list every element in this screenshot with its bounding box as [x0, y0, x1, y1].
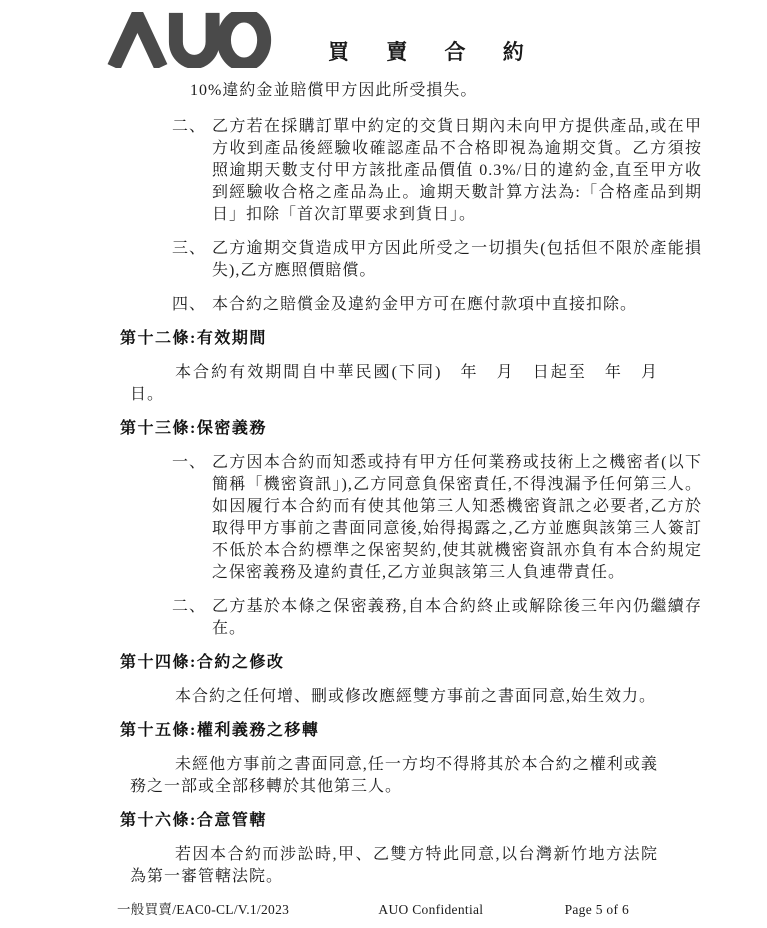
footer-confidential-label: AUO Confidential — [370, 902, 483, 918]
section-paragraph: 未經他方事前之書面同意,任一方均不得將其於本合約之權利或義務之一部或全部移轉於其… — [130, 754, 658, 798]
section-heading-article-13: 第十三條:保密義務 — [120, 418, 702, 440]
clause-text: 乙方若在採購訂單中約定的交貨日期內未向甲方提供產品,或在甲方收到產品後經驗收確認… — [212, 116, 702, 226]
clause-text: 本合約之賠償金及違約金甲方可在應付款項中直接扣除。 — [212, 294, 702, 316]
paragraph-continuation: 10%違約金並賠償甲方因此所受損失。 — [190, 80, 702, 102]
auo-logo — [106, 12, 272, 68]
clause-number: 三、 — [172, 238, 212, 282]
section-paragraph: 若因本合約而涉訟時,甲、乙雙方特此同意,以台灣新竹地方法院為第一審管轄法院。 — [130, 844, 658, 888]
section-heading-article-15: 第十五條:權利義務之移轉 — [120, 720, 702, 742]
contract-page: 買 賣 合 約 10%違約金並賠償甲方因此所受損失。 二、 乙方若在採購訂單中約… — [0, 0, 767, 928]
logo-letter-a — [114, 16, 161, 67]
clause-number: 二、 — [172, 116, 212, 226]
section-paragraph: 本合約之任何增、刪或修改應經雙方事前之書面同意,始生效力。 — [130, 686, 658, 708]
clause-number: 四、 — [172, 294, 212, 316]
clause-text: 乙方因本合約而知悉或持有甲方任何業務或技術上之機密者(以下簡稱「機密資訊」),乙… — [212, 452, 702, 584]
section-heading-article-12: 第十二條:有效期間 — [120, 328, 702, 350]
clause-number: 一、 — [172, 452, 212, 584]
contract-body: 10%違約金並賠償甲方因此所受損失。 二、 乙方若在採購訂單中約定的交貨日期內未… — [120, 80, 702, 900]
clause-item-4: 四、 本合約之賠償金及違約金甲方可在應付款項中直接扣除。 — [172, 294, 702, 316]
section-heading-article-16: 第十六條:合意管轄 — [120, 810, 702, 832]
footer-page-number: Page 5 of 6 — [565, 902, 629, 918]
clause-item-3: 三、 乙方逾期交貨造成甲方因此所受之一切損失(包括但不限於產能損失),乙方應照價… — [172, 238, 702, 282]
clause-item-13-2: 二、 乙方基於本條之保密義務,自本合約終止或解除後三年內仍繼續存在。 — [172, 596, 702, 640]
section-paragraph: 本合約有效期間自中華民國(下同) 年 月 日起至 年 月 日。 — [130, 362, 658, 406]
clause-text: 乙方基於本條之保密義務,自本合約終止或解除後三年內仍繼續存在。 — [212, 596, 702, 640]
document-title: 買 賣 合 約 — [328, 36, 540, 66]
logo-letter-u — [176, 13, 213, 62]
clause-number: 二、 — [172, 596, 212, 640]
clause-item-2: 二、 乙方若在採購訂單中約定的交貨日期內未向甲方提供產品,或在甲方收到產品後經驗… — [172, 116, 702, 226]
section-heading-article-14: 第十四條:合約之修改 — [120, 652, 702, 674]
logo-letter-o — [224, 16, 264, 65]
clause-text: 乙方逾期交貨造成甲方因此所受之一切損失(包括但不限於產能損失),乙方應照價賠償。 — [212, 238, 702, 282]
footer-doc-code: 一般買賣/EAC0-CL/V.1/2023 — [117, 898, 289, 918]
page-footer: 一般買賣/EAC0-CL/V.1/2023 AUO Confidential P… — [117, 898, 629, 918]
clause-item-13-1: 一、 乙方因本合約而知悉或持有甲方任何業務或技術上之機密者(以下簡稱「機密資訊」… — [172, 452, 702, 584]
